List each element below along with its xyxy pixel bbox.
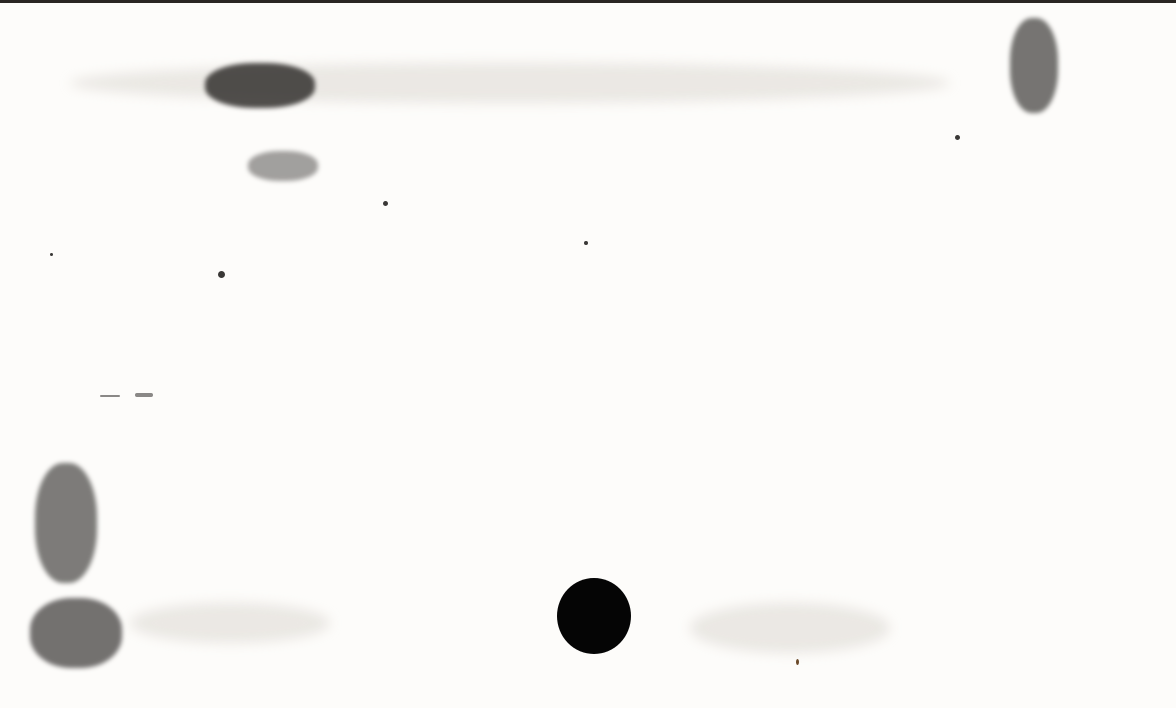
speck xyxy=(796,659,799,665)
ink-blot-top xyxy=(205,63,315,108)
ink-blot-left-mid xyxy=(35,463,97,583)
ink-blot-top-speckle xyxy=(248,151,318,181)
smudge-band-bottom-left xyxy=(130,603,330,643)
ink-blot-left-bottom xyxy=(30,598,122,668)
smudge-band-top xyxy=(70,63,950,103)
smudge-band-bottom-right xyxy=(690,603,890,653)
ink-blot-right xyxy=(1010,18,1058,113)
speck xyxy=(100,395,120,397)
speck xyxy=(584,241,588,245)
speck xyxy=(218,271,225,278)
speck xyxy=(955,135,960,140)
punched-hole xyxy=(557,578,631,654)
scanned-card xyxy=(0,3,1176,708)
speck xyxy=(135,393,153,397)
speck xyxy=(383,201,388,206)
speck xyxy=(50,253,53,256)
